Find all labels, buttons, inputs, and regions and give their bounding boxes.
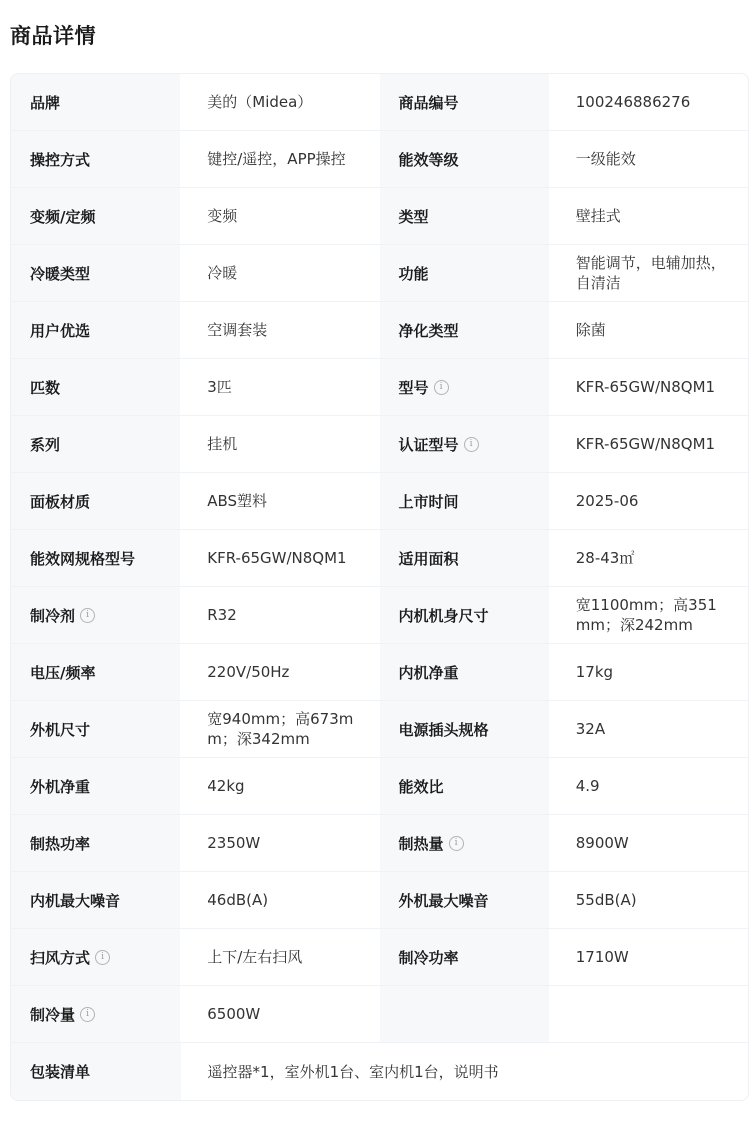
spec-row: 面板材质ABS塑料上市时间2025-06 <box>11 473 748 530</box>
spec-value: 壁挂式 <box>549 188 748 244</box>
spec-label-text: 内机净重 <box>399 662 459 683</box>
spec-label: 能效等级 <box>380 131 549 187</box>
spec-label-text: 外机最大噪音 <box>399 890 489 911</box>
spec-label-text: 制冷剂 <box>30 605 75 626</box>
spec-label-packing: 包装清单 <box>11 1043 181 1100</box>
spec-row: 品牌美的（Midea）商品编号100246886276 <box>11 74 748 131</box>
spec-label: 制热量i <box>380 815 549 871</box>
spec-label-text: 型号 <box>399 377 429 398</box>
spec-label-text: 用户优选 <box>30 320 90 341</box>
spec-table: 品牌美的（Midea）商品编号100246886276操控方式键控/遥控，APP… <box>10 73 749 1101</box>
info-icon[interactable]: i <box>434 380 449 395</box>
spec-value: 55dB(A) <box>549 872 748 928</box>
info-icon[interactable]: i <box>449 836 464 851</box>
spec-label: 扫风方式i <box>11 929 180 985</box>
spec-label-text: 匹数 <box>30 377 60 398</box>
spec-label-text: 净化类型 <box>399 320 459 341</box>
spec-label-text: 制热量 <box>399 833 444 854</box>
spec-value: KFR-65GW/N8QM1 <box>549 359 748 415</box>
spec-value-packing: 遥控器*1，室外机1台、室内机1台，说明书 <box>181 1043 748 1100</box>
spec-label: 系列 <box>11 416 180 472</box>
spec-label: 电压/频率 <box>11 644 180 700</box>
spec-label: 内机净重 <box>380 644 549 700</box>
spec-label-text: 制热功率 <box>30 833 90 854</box>
spec-row: 匹数3匹型号iKFR-65GW/N8QM1 <box>11 359 748 416</box>
spec-label <box>380 986 549 1042</box>
spec-label: 上市时间 <box>380 473 549 529</box>
spec-value: 46dB(A) <box>180 872 379 928</box>
info-icon[interactable]: i <box>80 608 95 623</box>
spec-label-text: 制冷功率 <box>399 947 459 968</box>
spec-value: 42kg <box>180 758 379 814</box>
spec-value: 32A <box>549 701 748 757</box>
spec-row: 制冷量i6500W <box>11 986 748 1043</box>
spec-row: 制热功率2350W制热量i8900W <box>11 815 748 872</box>
spec-label-text: 电源插头规格 <box>399 719 489 740</box>
spec-label-text: 上市时间 <box>399 491 459 512</box>
spec-label: 制热功率 <box>11 815 180 871</box>
spec-value: 上下/左右扫风 <box>180 929 379 985</box>
spec-label: 类型 <box>380 188 549 244</box>
spec-label-text: 外机净重 <box>30 776 90 797</box>
spec-label: 适用面积 <box>380 530 549 586</box>
spec-value: 6500W <box>180 986 379 1042</box>
spec-label: 功能 <box>380 245 549 301</box>
spec-label-text: 系列 <box>30 434 60 455</box>
spec-value: 17kg <box>549 644 748 700</box>
info-icon[interactable]: i <box>464 437 479 452</box>
spec-label: 用户优选 <box>11 302 180 358</box>
spec-label-text: 制冷量 <box>30 1004 75 1025</box>
spec-value: 2025-06 <box>549 473 748 529</box>
spec-label-text: 内机最大噪音 <box>30 890 120 911</box>
spec-value <box>549 986 748 1042</box>
spec-label: 外机最大噪音 <box>380 872 549 928</box>
spec-value: KFR-65GW/N8QM1 <box>180 530 379 586</box>
spec-label-text: 操控方式 <box>30 149 90 170</box>
spec-label: 匹数 <box>11 359 180 415</box>
spec-row: 操控方式键控/遥控，APP操控能效等级一级能效 <box>11 131 748 188</box>
spec-label: 认证型号i <box>380 416 549 472</box>
spec-label-text: 变频/定频 <box>30 206 95 227</box>
spec-value: 空调套装 <box>180 302 379 358</box>
spec-label-text: 功能 <box>399 263 429 284</box>
spec-label-text: 面板材质 <box>30 491 90 512</box>
spec-value: 美的（Midea） <box>180 74 379 130</box>
spec-label: 冷暖类型 <box>11 245 180 301</box>
spec-label-text: 电压/频率 <box>30 662 95 683</box>
page-title: 商品详情 <box>10 20 96 50</box>
spec-label-text: 适用面积 <box>399 548 459 569</box>
spec-value: 智能调节，电辅加热，自清洁 <box>549 245 748 301</box>
spec-value: 3匹 <box>180 359 379 415</box>
spec-value: ABS塑料 <box>180 473 379 529</box>
spec-label: 变频/定频 <box>11 188 180 244</box>
info-icon[interactable]: i <box>80 1007 95 1022</box>
spec-label: 电源插头规格 <box>380 701 549 757</box>
spec-label: 制冷量i <box>11 986 180 1042</box>
spec-label-text: 冷暖类型 <box>30 263 90 284</box>
spec-label: 商品编号 <box>380 74 549 130</box>
spec-value: 2350W <box>180 815 379 871</box>
spec-label-text: 能效等级 <box>399 149 459 170</box>
spec-label-text: 类型 <box>399 206 429 227</box>
spec-label: 外机尺寸 <box>11 701 180 757</box>
spec-row: 外机尺寸宽940mm；高673mm；深342mm电源插头规格32A <box>11 701 748 758</box>
spec-label: 操控方式 <box>11 131 180 187</box>
spec-row-packing: 包装清单 遥控器*1，室外机1台、室内机1台，说明书 <box>11 1043 748 1100</box>
spec-label-text: 认证型号 <box>399 434 459 455</box>
spec-value: 28-43㎡ <box>549 530 748 586</box>
spec-row: 变频/定频变频类型壁挂式 <box>11 188 748 245</box>
spec-value: 100246886276 <box>549 74 748 130</box>
spec-value: 8900W <box>549 815 748 871</box>
spec-value: 变频 <box>180 188 379 244</box>
spec-label: 面板材质 <box>11 473 180 529</box>
spec-value: 宽940mm；高673mm；深342mm <box>180 701 379 757</box>
spec-label-text: 能效比 <box>399 776 444 797</box>
spec-value: R32 <box>180 587 379 643</box>
spec-row: 扫风方式i上下/左右扫风制冷功率1710W <box>11 929 748 986</box>
spec-label-text: 扫风方式 <box>30 947 90 968</box>
spec-label-text: 内机机身尺寸 <box>399 605 489 626</box>
spec-label: 型号i <box>380 359 549 415</box>
spec-row: 系列挂机认证型号iKFR-65GW/N8QM1 <box>11 416 748 473</box>
spec-value: 键控/遥控，APP操控 <box>180 131 379 187</box>
spec-row: 制冷剂iR32内机机身尺寸宽1100mm；高351mm；深242mm <box>11 587 748 644</box>
spec-row: 能效网规格型号KFR-65GW/N8QM1适用面积28-43㎡ <box>11 530 748 587</box>
spec-value: 4.9 <box>549 758 748 814</box>
spec-value: 冷暖 <box>180 245 379 301</box>
spec-value: 挂机 <box>180 416 379 472</box>
spec-row: 电压/频率220V/50Hz内机净重17kg <box>11 644 748 701</box>
spec-label: 能效网规格型号 <box>11 530 180 586</box>
spec-row: 冷暖类型冷暖功能智能调节，电辅加热，自清洁 <box>11 245 748 302</box>
spec-row: 内机最大噪音46dB(A)外机最大噪音55dB(A) <box>11 872 748 929</box>
spec-row: 用户优选空调套装净化类型除菌 <box>11 302 748 359</box>
spec-label-text: 商品编号 <box>399 92 459 113</box>
spec-label: 净化类型 <box>380 302 549 358</box>
spec-label: 制冷剂i <box>11 587 180 643</box>
spec-label: 品牌 <box>11 74 180 130</box>
spec-row: 外机净重42kg能效比4.9 <box>11 758 748 815</box>
spec-value: 除菌 <box>549 302 748 358</box>
spec-label-text: 能效网规格型号 <box>30 548 135 569</box>
spec-label-text: 外机尺寸 <box>30 719 90 740</box>
spec-value: 宽1100mm；高351mm；深242mm <box>549 587 748 643</box>
spec-value: 1710W <box>549 929 748 985</box>
spec-label: 内机最大噪音 <box>11 872 180 928</box>
spec-value: KFR-65GW/N8QM1 <box>549 416 748 472</box>
spec-label: 制冷功率 <box>380 929 549 985</box>
spec-label-text: 品牌 <box>30 92 60 113</box>
spec-label: 外机净重 <box>11 758 180 814</box>
spec-label: 能效比 <box>380 758 549 814</box>
info-icon[interactable]: i <box>95 950 110 965</box>
spec-value: 220V/50Hz <box>180 644 379 700</box>
spec-label: 内机机身尺寸 <box>380 587 549 643</box>
spec-value: 一级能效 <box>549 131 748 187</box>
